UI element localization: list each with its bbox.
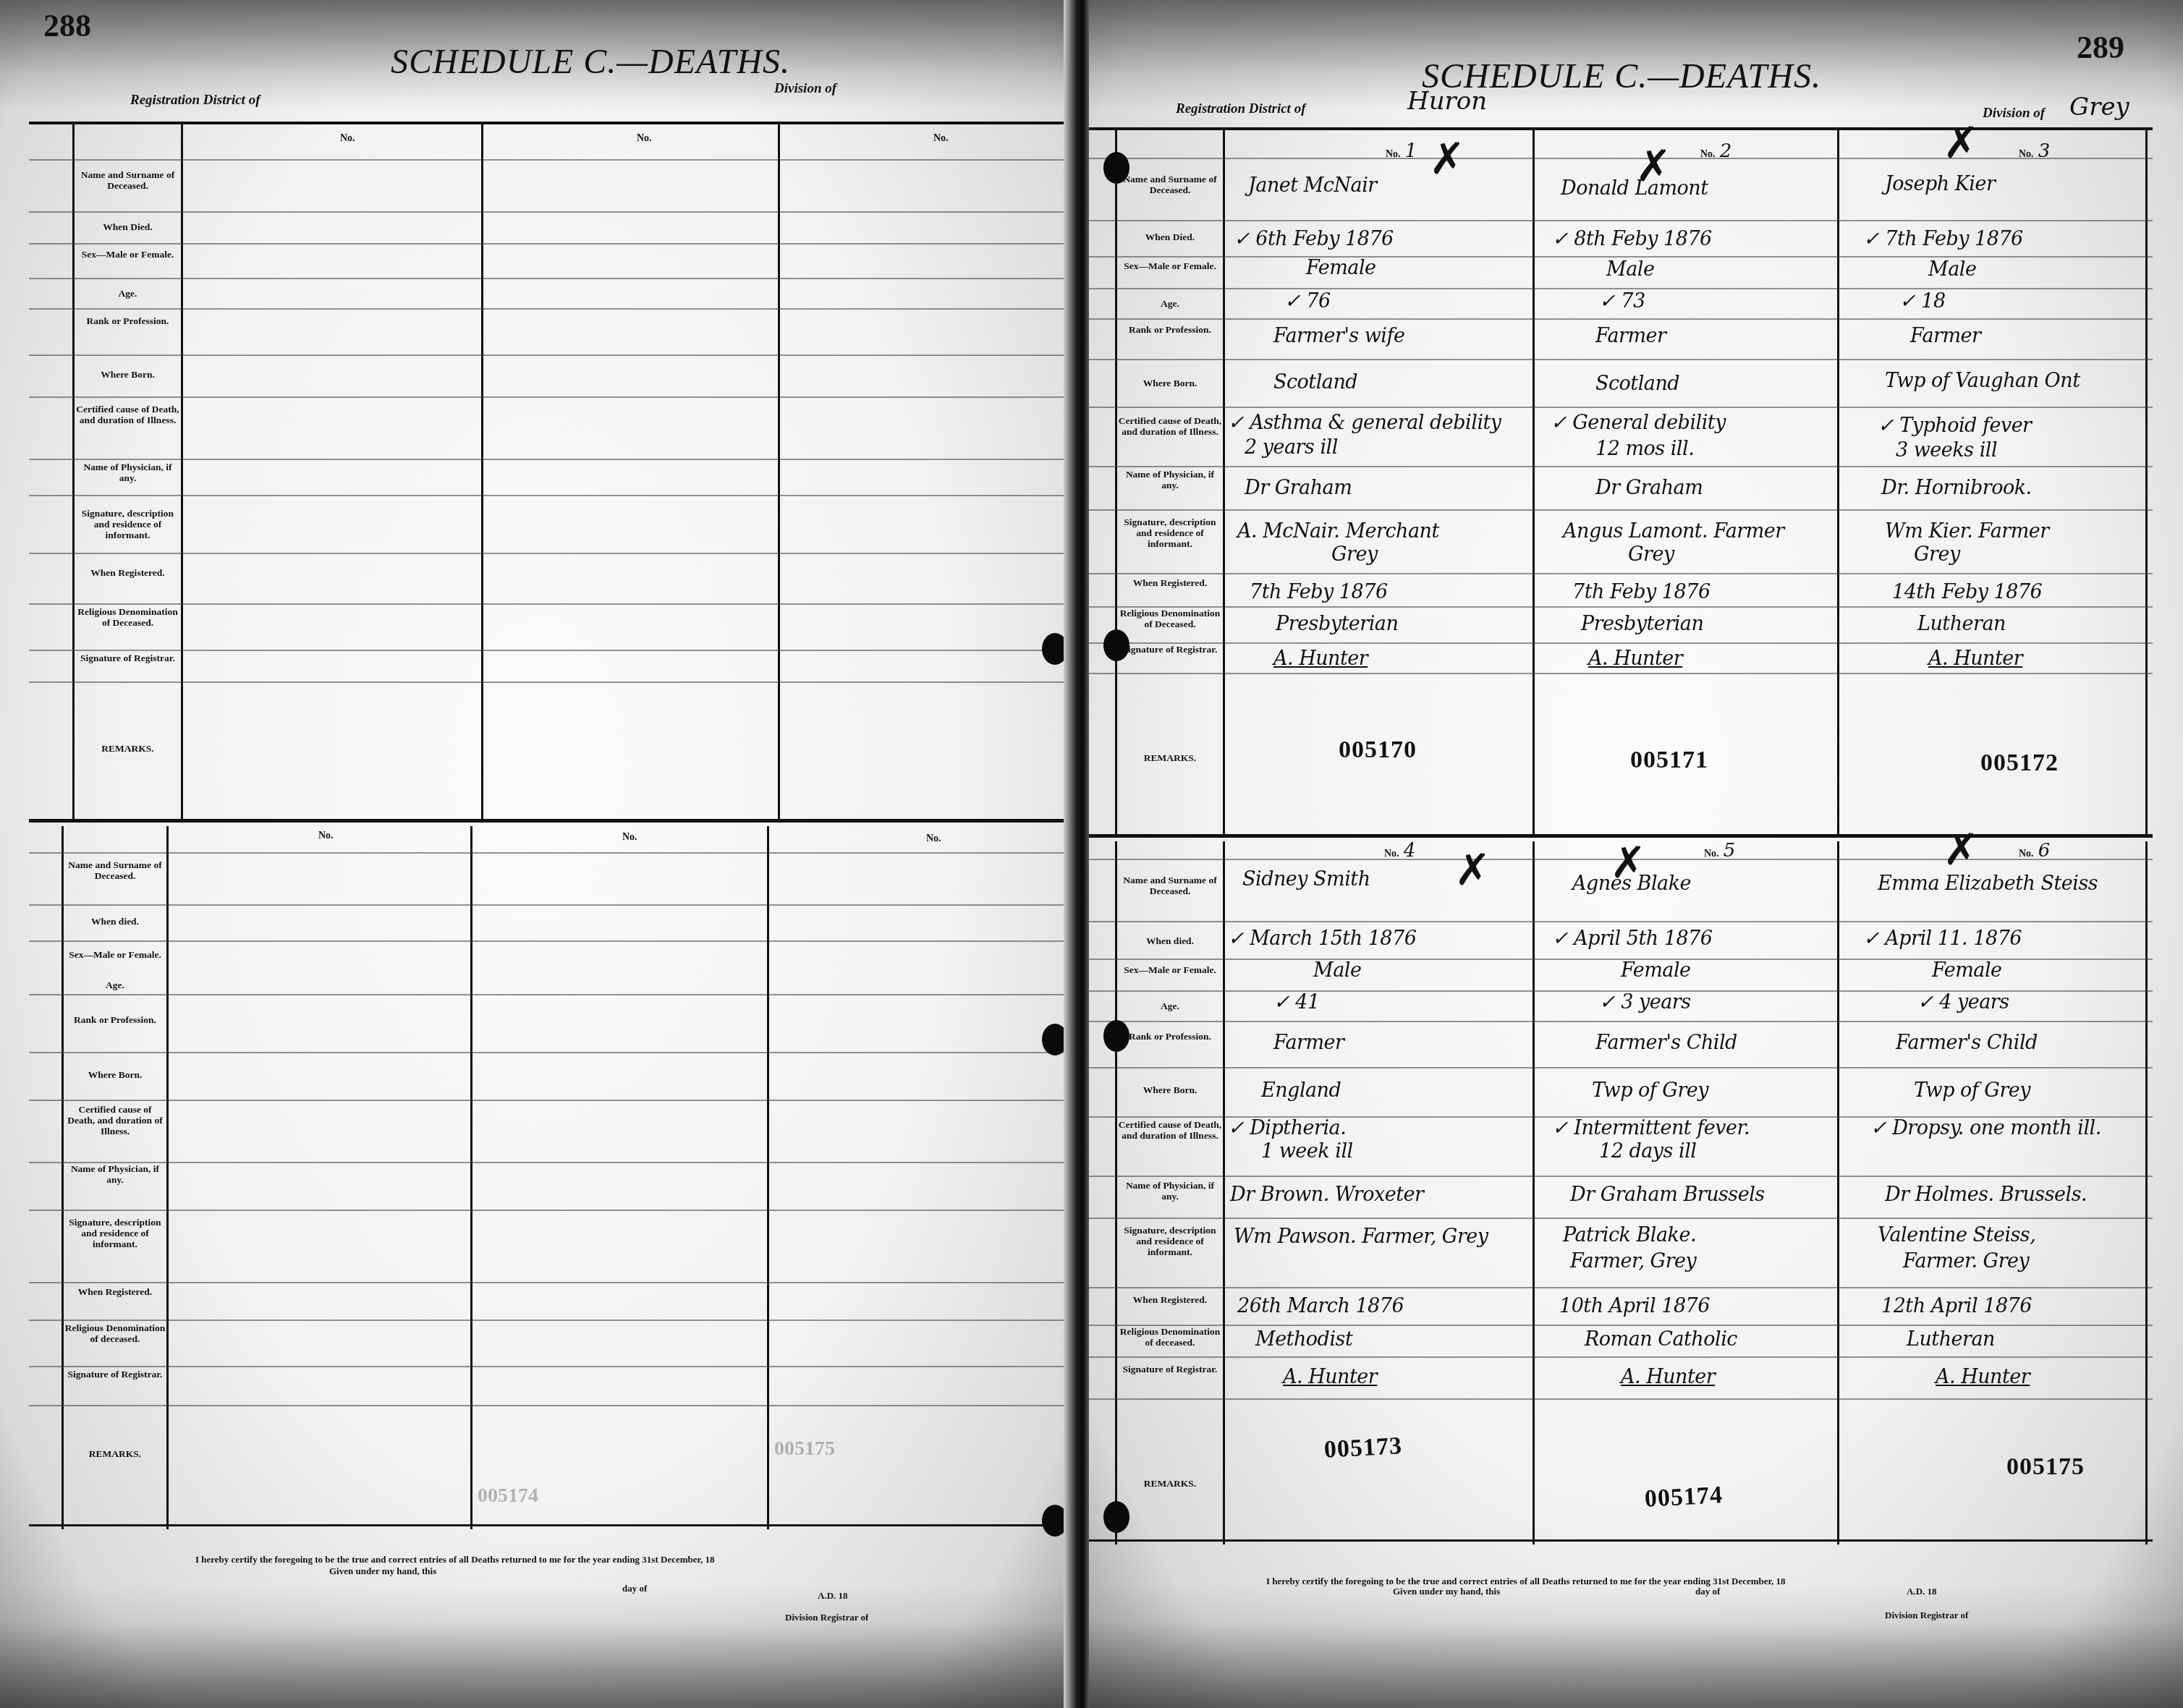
entry-when-registered: 7th Feby 1876 [1572, 582, 1711, 603]
entry-cause: ✓ Typhoid fever [1878, 415, 2032, 437]
bleedthrough-stamp: 005174 [478, 1484, 538, 1508]
row-label-informant: Signature, description and residence of … [64, 1217, 166, 1249]
entry-informant: Wm Kier. Farmer [1885, 521, 2049, 543]
entry-name: Sidney Smith [1242, 869, 1370, 891]
entry-sex: Male [1606, 259, 1654, 281]
row-label-remarks: REMARKS. [64, 1448, 166, 1459]
entry-physician: Dr Graham [1245, 477, 1352, 499]
registration-district-value: Huron [1407, 87, 1487, 116]
table-section-top: Name and Surname of Deceased. When Died.… [1089, 130, 2153, 838]
row-label-registrar: Signature of Registrar. [64, 1369, 166, 1380]
footer-day-of: day of [1695, 1586, 1720, 1597]
row-label-religion: Religious Denomination of Deceased. [75, 606, 180, 628]
entry-sex: Female [1621, 960, 1691, 982]
entry-informant: Valentine Steiss, [1878, 1225, 2035, 1246]
checkmark-icon: ✓ [1878, 415, 1894, 437]
entry-registrar-signature: A. Hunter [1588, 648, 1682, 670]
entry-number: No.2 [1700, 140, 1731, 162]
entry-sex: Male [1313, 960, 1361, 982]
column-number: No. [622, 832, 637, 844]
row-label-informant: Signature, description and residence of … [75, 508, 180, 540]
entry-informant-residence: Grey [1914, 544, 1960, 566]
entry-sex: Male [1928, 259, 1976, 281]
row-label-cause: Certified cause of Death, and duration o… [75, 404, 180, 425]
entry-when-registered: 10th April 1876 [1559, 1296, 1710, 1317]
footer-given: Given under my hand, this [329, 1565, 436, 1577]
footer-ad: A.D. 18 [1907, 1586, 1937, 1597]
page-number: 288 [43, 7, 91, 44]
entry-number: No.1 [1386, 140, 1417, 162]
row-label-registrar: Signature of Registrar. [1118, 644, 1222, 655]
entry-when-registered: 26th March 1876 [1237, 1296, 1404, 1317]
entry-where-born: Twp of Grey [1592, 1080, 1708, 1102]
checkmark-icon: ✗ [1943, 122, 1979, 165]
entry-religion: Presbyterian [1581, 613, 1703, 635]
row-label-registrar: Signature of Registrar. [75, 653, 180, 663]
row-label-informant: Signature, description and residence of … [1118, 517, 1222, 549]
entry-rank: Farmer's wife [1273, 326, 1404, 347]
row-label-cause: Certified cause of Death, and duration o… [1118, 415, 1222, 437]
division-label: Division of [1983, 106, 2045, 122]
checkmark-icon: ✓ [1552, 927, 1568, 950]
entry-when-registered: 7th Feby 1876 [1250, 582, 1388, 603]
row-label-rank: Rank or Profession. [64, 1014, 166, 1025]
entry-where-born: England [1261, 1080, 1341, 1102]
checkmark-icon: ✓ [1228, 1117, 1244, 1139]
entry-where-born: Scotland [1595, 373, 1679, 395]
checkmark-icon: ✓ [1552, 228, 1568, 250]
row-label-where-born: Where Born. [1118, 1084, 1222, 1095]
entry-age: ✓ 18 [1899, 291, 1946, 313]
row-label-sex: Sex—Male or Female. [64, 949, 166, 960]
row-label-when-registered: When Registered. [1118, 1294, 1222, 1305]
row-label-physician: Name of Physician, if any. [75, 462, 180, 483]
entry-remarks-stamp: 005173 [1323, 1432, 1403, 1464]
checkmark-icon: ✓ [1863, 927, 1879, 950]
checkmark-icon: ✓ [1234, 228, 1250, 250]
row-label-sex: Sex—Male or Female. [1118, 964, 1222, 975]
row-label-cause: Certified cause of Death, and duration o… [1118, 1119, 1222, 1141]
row-label-sex: Sex—Male or Female. [1118, 260, 1222, 271]
entry-age: ✓ 76 [1284, 291, 1331, 313]
row-label-when-died: When died. [64, 916, 166, 927]
entry-remarks-stamp: 005171 [1630, 747, 1708, 774]
checkmark-icon: ✓ [1899, 290, 1915, 313]
entry-name: Emma Elizabeth Steiss [1878, 873, 2098, 895]
entry-informant-residence: Grey [1331, 544, 1378, 566]
entry-cause: ✓ Asthma & general debility [1228, 412, 1501, 434]
checkmark-icon: ✓ [1552, 1117, 1568, 1139]
footer-registrar: Division Registrar of [1885, 1610, 1968, 1621]
checkmark-icon: ✓ [1273, 991, 1289, 1014]
entry-informant-residence: Farmer, Grey [1570, 1251, 1696, 1272]
entry-name: Joseph Kier [1885, 174, 1995, 195]
entry-duration: 2 years ill [1245, 437, 1338, 459]
checkmark-icon: ✓ [1228, 412, 1244, 434]
bleedthrough-stamp: 005175 [774, 1437, 835, 1461]
page-shadow [0, 1585, 1078, 1708]
entry-when-died: ✓ April 5th 1876 [1552, 928, 1712, 950]
entry-registrar-signature: A. Hunter [1928, 648, 2022, 670]
entry-when-registered: 12th April 1876 [1881, 1296, 2032, 1317]
row-label-religion: Religious Denomination of deceased. [64, 1322, 166, 1344]
checkmark-icon: ✗ [1454, 849, 1491, 892]
row-label-when-died: When Died. [1118, 231, 1222, 242]
row-label-physician: Name of Physician, if any. [1118, 469, 1222, 490]
footer-day-of: day of [622, 1583, 647, 1594]
entry-registrar-signature: A. Hunter [1273, 648, 1368, 670]
entry-cause: ✓ Diptheria. [1228, 1118, 1346, 1139]
entry-duration: 12 days ill [1599, 1141, 1696, 1163]
row-label-cause: Certified cause of Death, and duration o… [64, 1104, 166, 1136]
entry-name: Janet McNair [1248, 175, 1377, 197]
entry-informant: Patrick Blake. [1563, 1225, 1696, 1246]
row-label-informant: Signature, description and residence of … [1118, 1225, 1222, 1257]
checkmark-icon: ✓ [1917, 991, 1933, 1014]
entry-sex: Female [1306, 258, 1376, 279]
checkmark-icon: ✓ [1599, 991, 1615, 1014]
entry-physician: Dr Brown. Wroxeter [1230, 1184, 1423, 1206]
row-label-rank: Rank or Profession. [1118, 324, 1222, 335]
entry-sex: Female [1932, 960, 2002, 982]
table-section-bottom: No. No. No. Name and Surname of Deceased… [29, 826, 1078, 1529]
checkmark-icon: ✗ [1943, 828, 1979, 872]
entry-number: No.6 [2019, 840, 2050, 862]
entry-where-born: Twp of Vaughan Ont [1885, 370, 2080, 392]
entry-age: ✓ 3 years [1599, 992, 1691, 1014]
entry-religion: Methodist [1255, 1329, 1352, 1351]
left-page: 288 SCHEDULE C.—DEATHS. Registration Dis… [0, 0, 1078, 1708]
binding-hole [1103, 1501, 1129, 1533]
entry-name: Agnes Blake [1572, 873, 1691, 895]
row-label-when-died: When died. [1118, 935, 1222, 946]
row-label-remarks: REMARKS. [75, 743, 180, 754]
table-section-bottom: Name and Surname of Deceased. When died.… [1089, 841, 2153, 1545]
registration-district-label: Registration District of [1176, 101, 1305, 117]
row-label-age: Age. [1118, 298, 1222, 309]
entry-informant: Wm Pawson. Farmer, Grey [1234, 1226, 1488, 1248]
entry-physician: Dr Graham Brussels [1570, 1184, 1765, 1206]
checkmark-icon: ✓ [1863, 228, 1879, 250]
row-label-when-registered: When Registered. [64, 1286, 166, 1297]
checkmark-icon: ✓ [1599, 290, 1615, 313]
checkmark-icon: ✓ [1228, 927, 1244, 950]
row-label-name: Name and Surname of Deceased. [64, 859, 166, 881]
entry-number: No.3 [2019, 140, 2050, 162]
row-label-when-registered: When Registered. [1118, 577, 1222, 588]
entry-remarks-stamp: 005175 [2006, 1453, 2085, 1481]
footer-given: Given under my hand, this [1393, 1586, 1500, 1597]
column-number: No. [933, 133, 949, 145]
entry-cause: ✓ Dropsy. one month ill. [1870, 1118, 2101, 1139]
division-value: Grey [2069, 93, 2129, 122]
entry-duration: 1 week ill [1261, 1141, 1353, 1163]
entry-physician: Dr Holmes. Brussels. [1885, 1184, 2087, 1206]
entry-when-died: ✓ April 11. 1876 [1863, 928, 2022, 950]
entry-rank: Farmer [1595, 326, 1666, 347]
entry-religion: Roman Catholic [1585, 1329, 1737, 1351]
column-number: No. [926, 833, 941, 845]
row-label-age: Age. [64, 980, 166, 990]
row-label-registrar: Signature of Registrar. [1118, 1364, 1222, 1375]
entry-where-born: Scotland [1273, 372, 1357, 394]
row-label-name: Name and Surname of Deceased. [1118, 875, 1222, 896]
entry-rank: Farmer [1910, 326, 1980, 347]
checkmark-icon: ✓ [1551, 412, 1567, 434]
entry-religion: Presbyterian [1276, 613, 1398, 635]
row-label-religion: Religious Denomination of deceased. [1118, 1326, 1222, 1348]
entry-physician: Dr. Hornibrook. [1881, 477, 2032, 499]
entry-informant-residence: Farmer. Grey [1903, 1251, 2029, 1272]
entry-name: Donald Lamont [1561, 178, 1708, 200]
row-label-name: Name and Surname of Deceased. [1118, 174, 1222, 195]
entry-where-born: Twp of Grey [1914, 1080, 2030, 1102]
entry-age: ✓ 73 [1599, 291, 1645, 313]
row-label-where-born: Where Born. [75, 369, 180, 380]
checkmark-icon: ✓ [1284, 290, 1300, 313]
row-label-remarks: REMARKS. [1118, 1478, 1222, 1489]
entry-when-died: ✓ 8th Feby 1876 [1552, 229, 1712, 250]
column-number: No. [318, 830, 334, 842]
entry-when-died: ✓ 7th Feby 1876 [1863, 229, 2023, 250]
row-label-physician: Name of Physician, if any. [1118, 1180, 1222, 1202]
right-page: 289 SCHEDULE C.—DEATHS. Registration Dis… [1089, 0, 2183, 1708]
column-number: No. [637, 133, 652, 145]
footer-certify: I hereby certify the foregoing to be the… [195, 1554, 715, 1565]
entry-when-died: ✓ March 15th 1876 [1228, 928, 1416, 950]
entry-age: ✓ 4 years [1917, 992, 2009, 1014]
footer-registrar: Division Registrar of [785, 1612, 868, 1623]
row-label-physician: Name of Physician, if any. [64, 1163, 166, 1185]
binding-hole [1103, 152, 1129, 184]
row-label-sex: Sex—Male or Female. [75, 249, 180, 260]
table-section-top: No. No. No. Name and Surname of Deceased… [29, 124, 1078, 823]
deaths-table-left: No. No. No. Name and Surname of Deceased… [29, 122, 1078, 1526]
entry-informant-residence: Grey [1628, 544, 1674, 566]
entry-number: No.5 [1704, 840, 1735, 862]
entry-informant: Angus Lamont. Farmer [1563, 521, 1784, 543]
row-label-remarks: REMARKS. [1118, 752, 1222, 763]
checkmark-icon: ✓ [1870, 1117, 1886, 1139]
row-label-religion: Religious Denomination of Deceased. [1118, 608, 1222, 629]
binding-hole [1103, 629, 1129, 661]
row-label-where-born: Where Born. [64, 1069, 166, 1080]
binding-hole [1103, 1020, 1129, 1052]
entry-registrar-signature: A. Hunter [1283, 1367, 1377, 1388]
entry-when-registered: 14th Feby 1876 [1892, 582, 2042, 603]
entry-cause: ✓ General debility [1551, 412, 1726, 434]
row-label-age: Age. [75, 288, 180, 299]
entry-registrar-signature: A. Hunter [1936, 1367, 2030, 1388]
row-label-when-died: When Died. [75, 221, 180, 232]
entry-rank: Farmer's Child [1896, 1032, 2038, 1054]
deaths-table-right: Name and Surname of Deceased. When Died.… [1089, 127, 2153, 1542]
entry-remarks-stamp: 005174 [1644, 1482, 1724, 1513]
row-label-where-born: Where Born. [1118, 378, 1222, 388]
row-label-rank: Rank or Profession. [1118, 1031, 1222, 1042]
entry-remarks-stamp: 005172 [1980, 749, 2059, 777]
row-label-age: Age. [1118, 1000, 1222, 1011]
entry-religion: Lutheran [1917, 613, 2006, 635]
entry-remarks-stamp: 005170 [1339, 736, 1417, 764]
entry-rank: Farmer [1273, 1032, 1344, 1054]
row-label-rank: Rank or Profession. [75, 315, 180, 326]
page-number: 289 [2077, 29, 2124, 66]
row-label-when-registered: When Registered. [75, 567, 180, 578]
entry-registrar-signature: A. Hunter [1621, 1367, 1715, 1388]
entry-age: ✓ 41 [1273, 992, 1320, 1014]
entry-physician: Dr Graham [1595, 477, 1703, 499]
entry-number: No.4 [1384, 840, 1415, 862]
entry-rank: Farmer's Child [1595, 1032, 1737, 1054]
footer-ad: A.D. 18 [818, 1590, 848, 1602]
page-title: SCHEDULE C.—DEATHS. [391, 42, 790, 82]
entry-duration: 12 mos ill. [1595, 438, 1694, 460]
checkmark-icon: ✗ [1429, 137, 1465, 181]
entry-cause: ✓ Intermittent fever. [1552, 1118, 1750, 1139]
page-shadow [1089, 1585, 2183, 1708]
row-label-name: Name and Surname of Deceased. [75, 169, 180, 191]
division-label: Division of [774, 81, 836, 97]
registration-district-label: Registration District of [130, 93, 260, 109]
entry-religion: Lutheran [1907, 1329, 1995, 1351]
column-number: No. [340, 133, 355, 145]
entry-duration: 3 weeks ill [1896, 440, 1997, 462]
entry-informant: A. McNair. Merchant [1237, 521, 1439, 543]
entry-when-died: ✓ 6th Feby 1876 [1234, 229, 1394, 250]
